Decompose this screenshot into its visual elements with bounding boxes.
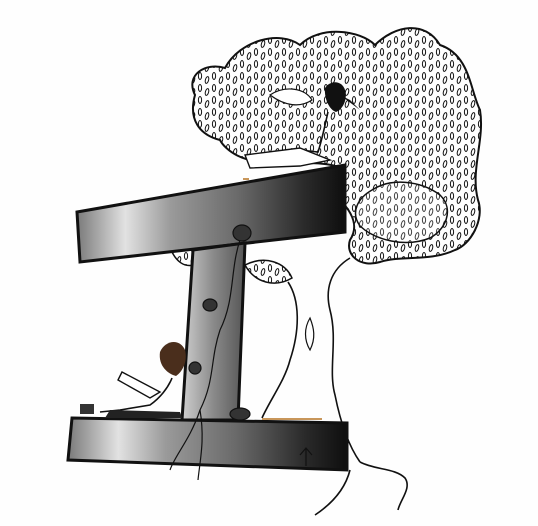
tree-trunk [262, 258, 407, 515]
letter-i [68, 165, 347, 470]
illustration [0, 0, 538, 526]
illustration-canvas [0, 0, 538, 526]
figure-reading [80, 342, 186, 418]
bag-icon [80, 404, 94, 414]
